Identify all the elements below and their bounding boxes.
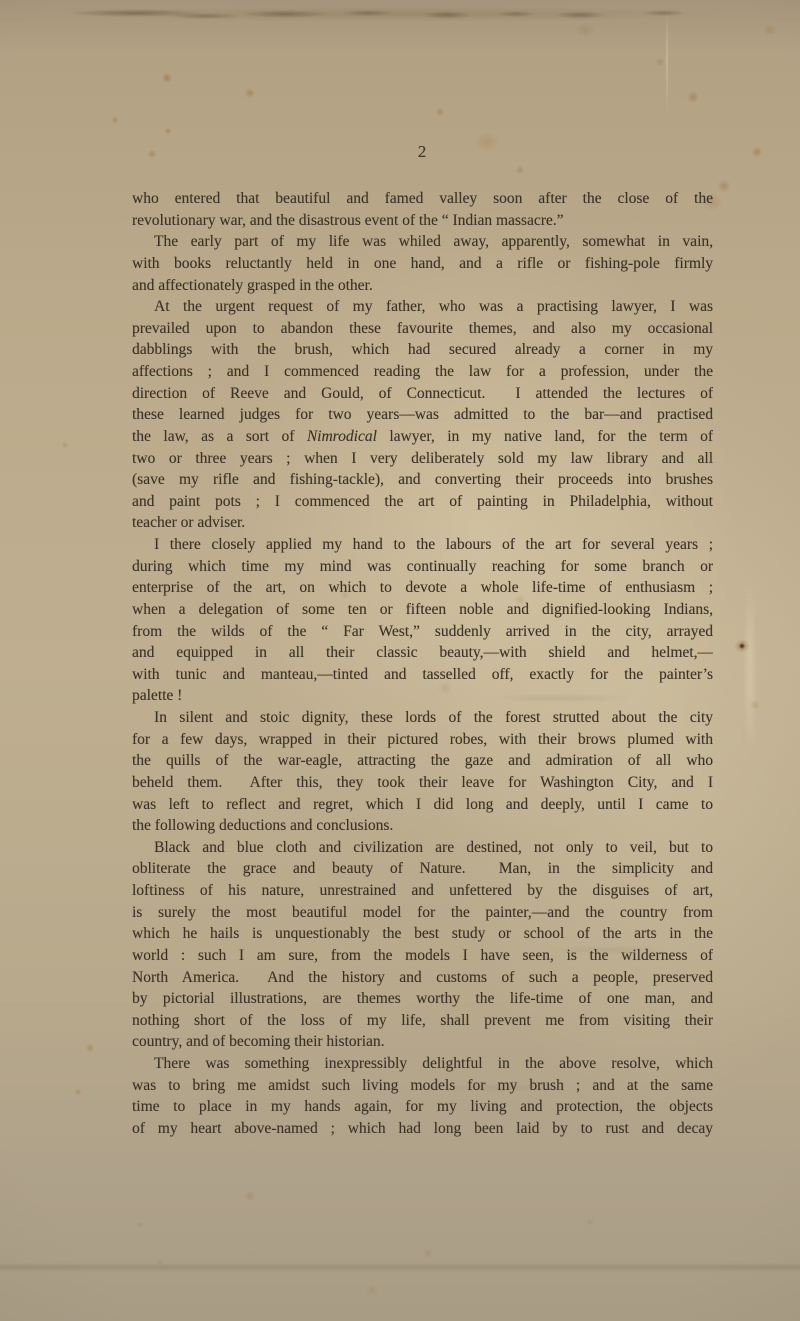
text-line: when a delegation of some ten or fifteen… [132, 599, 713, 621]
text-line: and equipped in all their classic beauty… [132, 642, 713, 664]
book-page: 2 who entered that beautiful and famed v… [0, 0, 800, 1321]
text-line: I there closely applied my hand to the l… [132, 534, 713, 556]
text-line: (save my rifle and fishing-tackle), and … [132, 469, 713, 491]
text-line: country, and of becoming their historian… [132, 1031, 713, 1053]
text-line: The early part of my life was whiled awa… [132, 231, 713, 253]
text-line: time to place in my hands again, for my … [132, 1096, 713, 1118]
text-line: was left to reflect and regret, which I … [132, 794, 713, 816]
text-line: who entered that beautiful and famed val… [132, 188, 713, 210]
text-line: is surely the most beautiful model for t… [132, 902, 713, 924]
text-line: was to bring me amidst such living model… [132, 1075, 713, 1097]
text-line: two or three years ; when I very deliber… [132, 448, 713, 470]
text-line: dabblings with the brush, which had secu… [132, 339, 713, 361]
text-line: the quills of the war-eagle, attracting … [132, 750, 713, 772]
text-line: by pictorial illustrations, are themes w… [132, 988, 713, 1010]
text-line: loftiness of his nature, unrestrained an… [132, 880, 713, 902]
text-line: At the urgent request of my father, who … [132, 296, 713, 318]
text-line: beheld them. After this, they took their… [132, 772, 713, 794]
text-line: during which time my mind was continuall… [132, 556, 713, 578]
text-line: North America. And the history and custo… [132, 967, 713, 989]
text-line: world : such I am sure, from the models … [132, 945, 713, 967]
text-line: from the wilds of the “ Far West,” sudde… [132, 621, 713, 643]
text-line: with books reluctantly held in one hand,… [132, 253, 713, 275]
text-line: the law, as a sort of Nimrodical lawyer,… [132, 426, 713, 448]
text-line: and paint pots ; I commenced the art of … [132, 491, 713, 513]
text-line: In silent and stoic dignity, these lords… [132, 707, 713, 729]
text-line: affections ; and I commenced reading the… [132, 361, 713, 383]
text-line: enterprise of the art, on which to devot… [132, 577, 713, 599]
text-line: revolutionary war, and the disastrous ev… [132, 210, 713, 232]
text-line: There was something inexpressibly deligh… [132, 1053, 713, 1075]
text-line: Black and blue cloth and civilization ar… [132, 837, 713, 859]
text-line: obliterate the grace and beauty of Natur… [132, 858, 713, 880]
text-line: direction of Reeve and Gould, of Connect… [132, 383, 713, 405]
text-line: with tunic and manteau,—tinted and tasse… [132, 664, 713, 686]
text-line: teacher or adviser. [132, 512, 713, 534]
text-line: prevailed upon to abandon these favourit… [132, 318, 713, 340]
text-line: and affectionately grasped in the other. [132, 275, 713, 297]
text-line: for a few days, wrapped in their picture… [132, 729, 713, 751]
text-line: of my heart above-named ; which had long… [132, 1118, 713, 1140]
text-line: these learned judges for two years—was a… [132, 404, 713, 426]
page-number: 2 [132, 142, 712, 162]
text-line: palette ! [132, 685, 713, 707]
text-line: nothing short of the loss of my life, sh… [132, 1010, 713, 1032]
text-line: which he hails is unquestionably the bes… [132, 923, 713, 945]
text-line: the following deductions and conclusions… [132, 815, 713, 837]
page-text: who entered that beautiful and famed val… [132, 188, 713, 1140]
